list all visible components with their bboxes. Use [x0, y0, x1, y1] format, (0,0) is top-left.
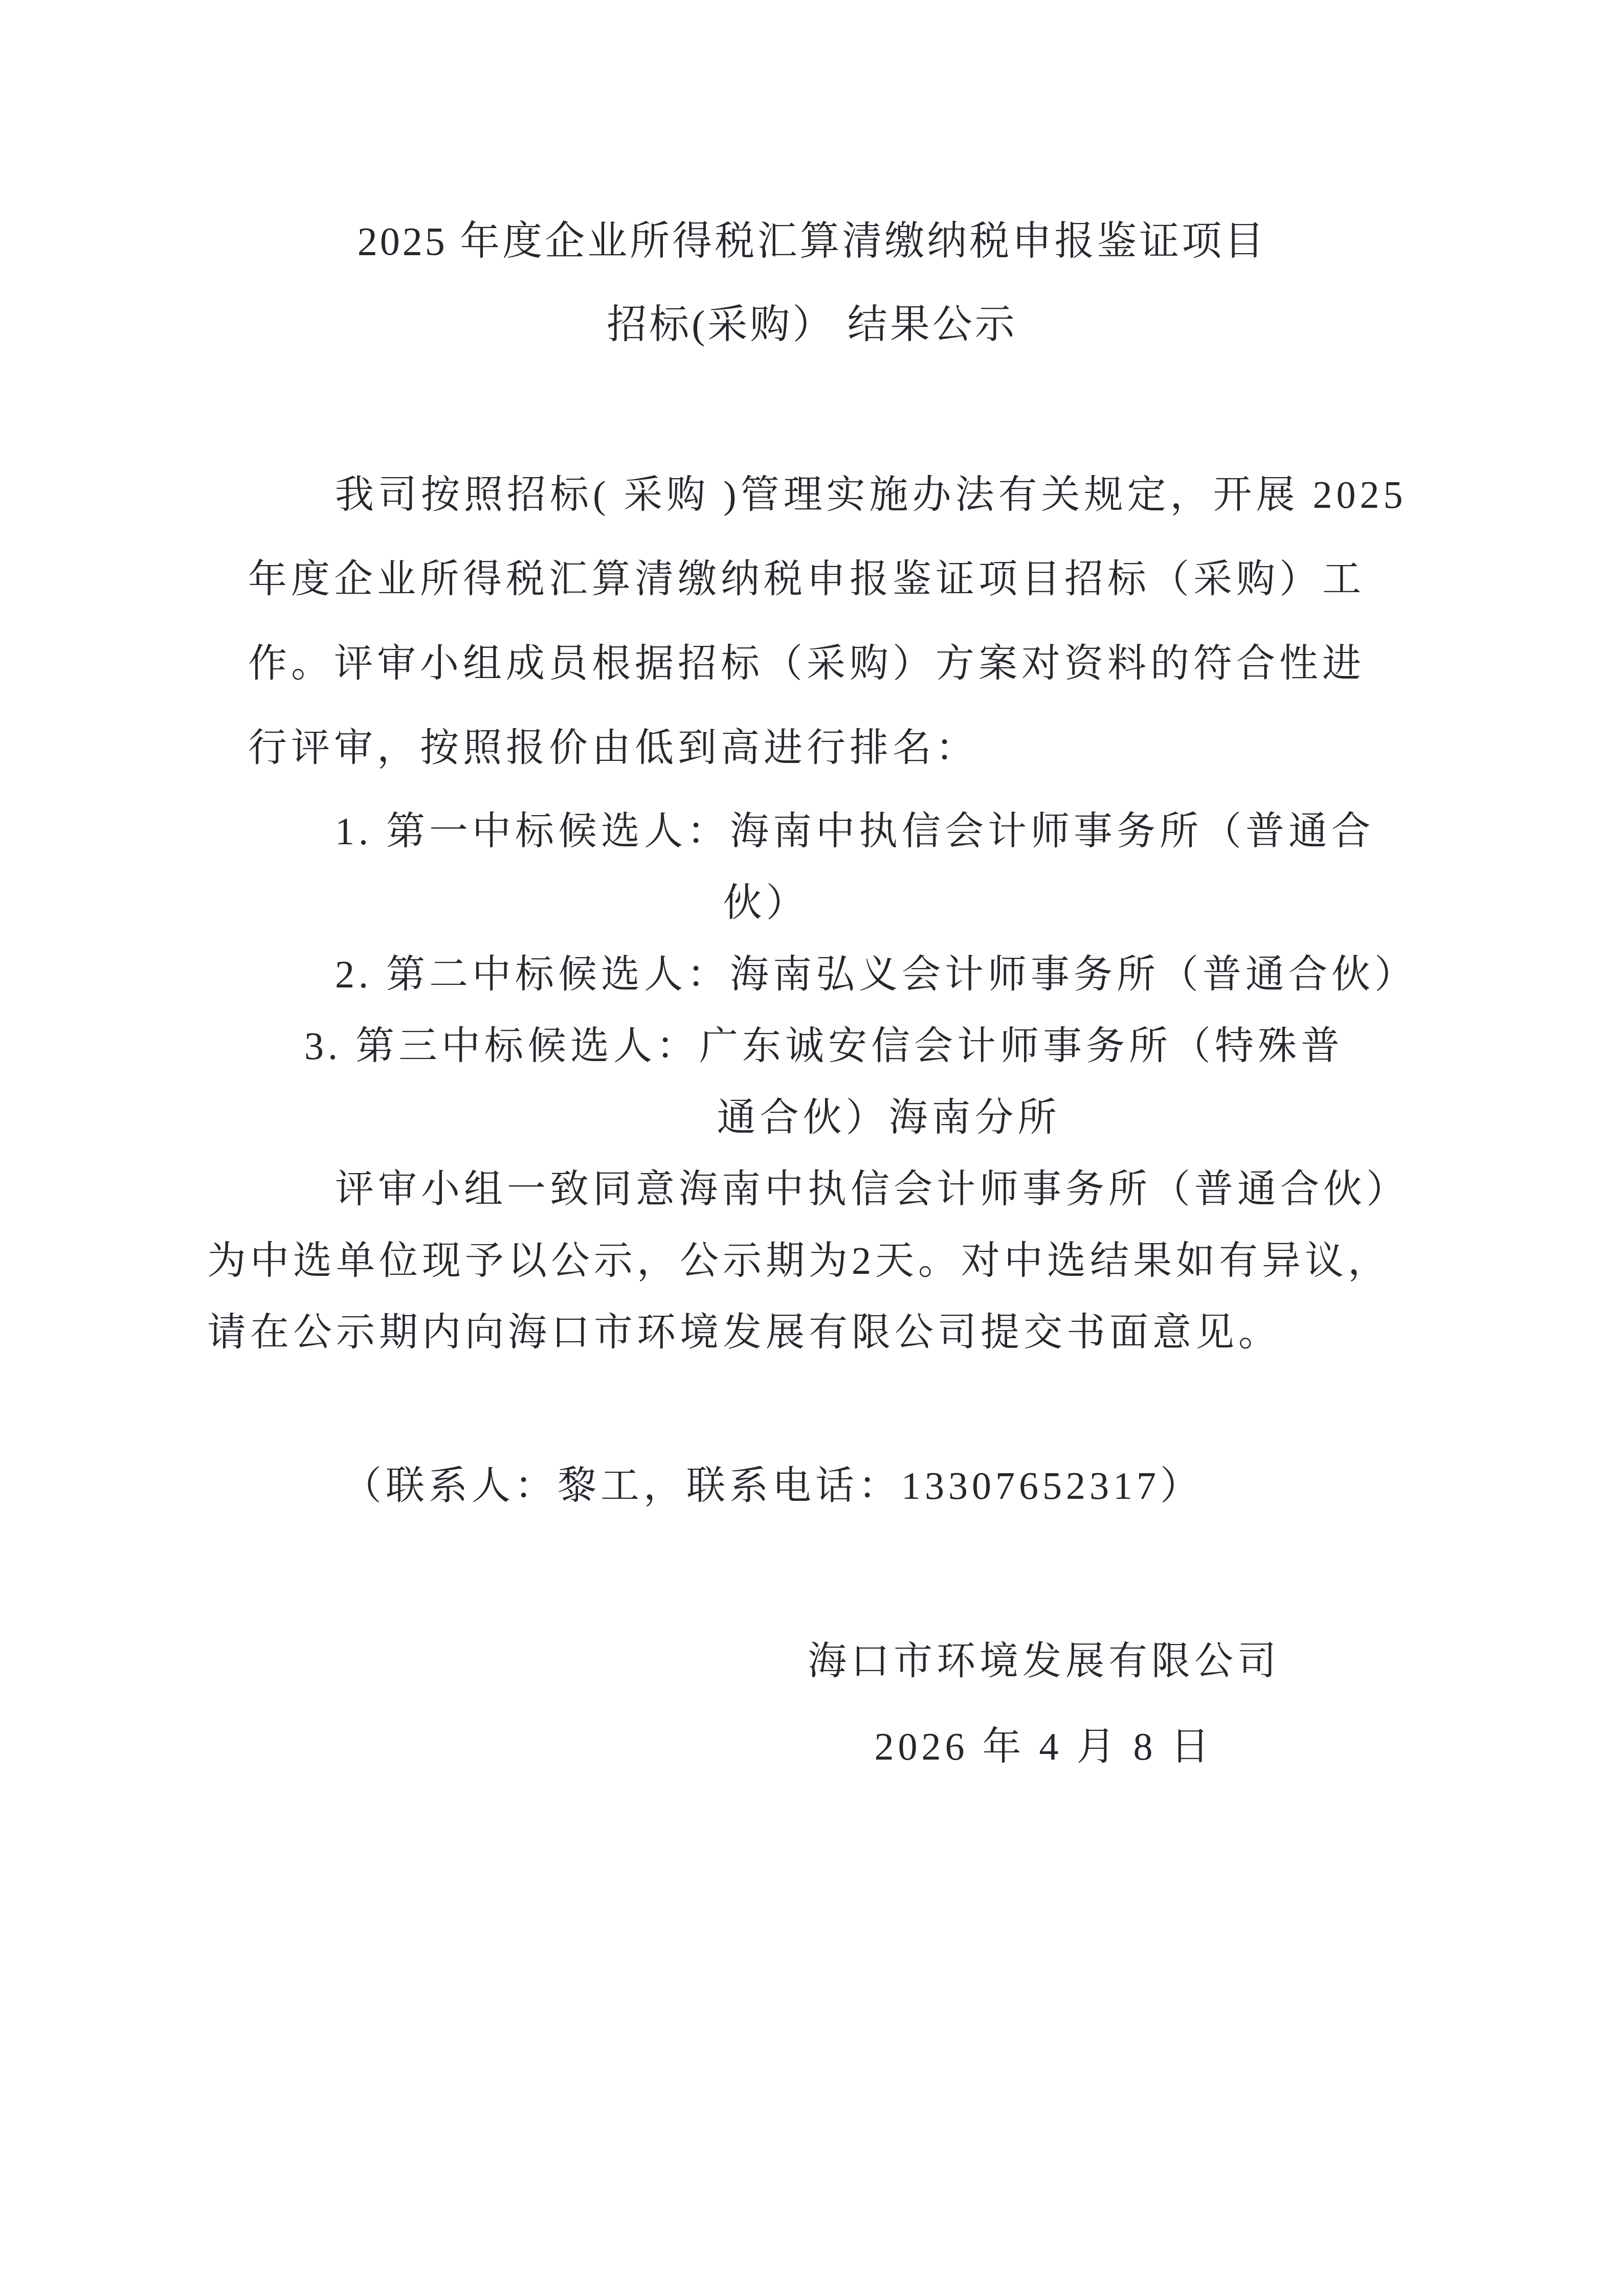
- body-line: 作。评审小组成员根据招标（采购）方案对资料的符合性进: [248, 622, 1417, 706]
- body-line: 年度企业所得税汇算清缴纳税申报鉴证项目招标（采购）工: [248, 537, 1417, 622]
- contact-info: （联系人：黎工，联系电话：13307652317）: [207, 1450, 1417, 1522]
- body-line: 行评审，按照报价由低到高进行排名：: [248, 706, 1417, 791]
- candidate-list: 1. 第一中标候选人：海南中执信会计师事务所（普通合 伙） 2. 第二中标候选人…: [207, 796, 1417, 1154]
- contact-line: （联系人：黎工，联系电话：13307652317）: [343, 1450, 1417, 1522]
- candidate-line: 伙）: [207, 867, 1325, 939]
- signature-block: 海口市环境发展有限公司 2026 年 4 月 8 日: [808, 1626, 1280, 1783]
- body-line: 请在公示期内向海口市环境发展有限公司提交书面意见。: [207, 1297, 1417, 1368]
- document-page: 2025 年度企业所得税汇算清缴纳税申报鉴证项目 招标(采购） 结果公示 我司按…: [0, 0, 1624, 2296]
- candidate-line: 1. 第一中标候选人：海南中执信会计师事务所（普通合: [335, 796, 1417, 867]
- candidate-line: 通合伙）海南分所: [361, 1082, 1417, 1154]
- paragraph-opening: 我司按照招标( 采购 )管理实施办法有关规定，开展 2025 年度企业所得税汇算…: [207, 453, 1417, 791]
- title-line: 2025 年度企业所得税汇算清缴纳税申报鉴证项目: [207, 199, 1417, 283]
- body-line: 我司按照招标( 采购 )管理实施办法有关规定，开展 2025: [207, 453, 1417, 537]
- signature-date: 2026 年 4 月 8 日: [808, 1711, 1280, 1783]
- title-line: 招标(采购） 结果公示: [207, 283, 1417, 366]
- candidate-line: 3. 第三中标候选人：广东诚安信会计师事务所（特殊普: [304, 1010, 1417, 1082]
- document-title: 2025 年度企业所得税汇算清缴纳税申报鉴证项目 招标(采购） 结果公示: [207, 199, 1417, 366]
- candidate-line: 2. 第二中标候选人：海南弘义会计师事务所（普通合伙）: [335, 939, 1417, 1010]
- signature-company: 海口市环境发展有限公司: [808, 1626, 1280, 1697]
- paragraph-result: 评审小组一致同意海南中执信会计师事务所（普通合伙） 为中选单位现予以公示，公示期…: [207, 1154, 1417, 1368]
- body-line: 评审小组一致同意海南中执信会计师事务所（普通合伙）: [207, 1154, 1417, 1225]
- body-line: 为中选单位现予以公示，公示期为2天。对中选结果如有异议，: [207, 1225, 1417, 1297]
